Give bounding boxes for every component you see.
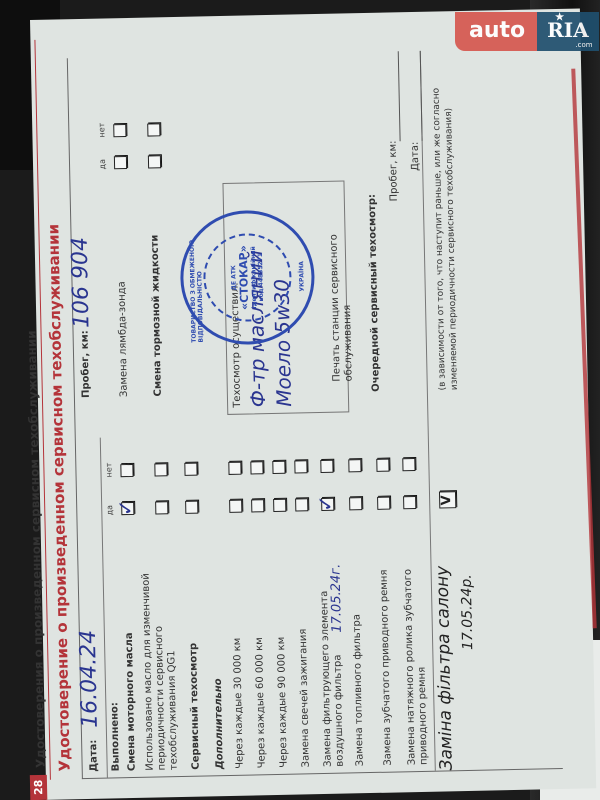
checkbox-30000-yes[interactable] (229, 500, 242, 513)
checkbox-brake-fluid-no[interactable] (147, 123, 160, 136)
checkbox-timing-belt-no[interactable] (376, 459, 389, 472)
stamp-caption: Печать станции сервисного обслуживания (327, 181, 355, 381)
item-brake-fluid: Смена тормозной жидкости (150, 234, 165, 396)
item-oil-change: Смена моторного масла (122, 531, 139, 771)
checkbox-fuel-filter-no[interactable] (348, 459, 361, 472)
watermark-domain: .com (575, 41, 592, 49)
checkbox-oil-change-no[interactable] (120, 464, 133, 477)
form-frame: Дата: 16.04.24 Пробег, км: 106 904 Выпол… (67, 48, 563, 779)
item-air-filter: Замена фильтрующего элемента воздушного … (318, 527, 347, 767)
stamp-name: «СТОКАР» (237, 245, 251, 310)
handwritten-cabin-filter: Заміна фільтра салону (433, 566, 457, 771)
next-mileage-line (398, 51, 401, 141)
checkbox-variable-oil-no[interactable] (154, 463, 167, 476)
mileage-label: Пробег, км: (80, 330, 93, 398)
item-service-inspection: Сервисный техосмотр (188, 643, 203, 770)
checkbox-brake-fluid-yes[interactable] (148, 155, 161, 168)
checkbox-fuel-filter-yes[interactable] (349, 497, 362, 510)
item-60000: Через каждые 60 000 км (254, 637, 269, 768)
checkbox-lambda-yes[interactable] (114, 156, 127, 169)
next-mileage-label: Пробег, км: (388, 140, 401, 201)
item-spark-plugs: Замена свечей зажигания (298, 629, 313, 768)
checkbox-60000-yes[interactable] (251, 499, 264, 512)
item-90000: Через каждые 90 000 км (276, 637, 291, 768)
watermark-ria: ★ RIA .com (537, 12, 599, 51)
column-no: нет (104, 463, 113, 478)
checkbox-tensioner-no[interactable] (402, 458, 415, 471)
checkbox-spark-plugs-no[interactable] (294, 460, 307, 473)
checkbox-spark-plugs-yes[interactable] (295, 498, 308, 511)
handwritten-cabin-filter-date: 17.05.24р. (459, 574, 477, 650)
stamp-top-ring: ТОВАРИСТВО З ОБМЕЖЕНОЮ ВІДПОВІДАЛЬНІСТЮ (188, 214, 205, 342)
item-tensioner: Замена натяжного ролика зубчатого привод… (402, 525, 431, 765)
watermark-auto: auto (455, 12, 537, 51)
next-date-label: Дата: (410, 142, 423, 172)
star-icon: ★ (555, 12, 564, 23)
column-no-right: нет (97, 123, 106, 138)
checkbox-air-filter-no[interactable] (320, 460, 333, 473)
checkbox-90000-yes[interactable] (273, 499, 286, 512)
checkbox-oil-change-yes[interactable] (121, 502, 134, 515)
item-timing-belt: Замена зубчатого приводного ремня (379, 569, 395, 765)
checkbox-inspection-yes[interactable] (185, 501, 198, 514)
next-service-title: Очередной сервисный техосмотр: (367, 194, 383, 392)
column-yes-right: да (98, 159, 107, 170)
item-30000: Через каждые 30 000 км (232, 638, 247, 769)
checkbox-90000-no[interactable] (272, 461, 285, 474)
checkbox-cabin-filter[interactable] (439, 491, 456, 508)
checkbox-tensioner-yes[interactable] (403, 496, 416, 509)
stamp-bottom-ring: УКРАЇНА (298, 261, 306, 292)
checkbox-lambda-no[interactable] (113, 124, 126, 137)
checkbox-variable-oil-yes[interactable] (155, 501, 168, 514)
stamp-line2: код 44835271 (257, 253, 265, 302)
checkbox-30000-no[interactable] (228, 462, 241, 475)
next-date-line (420, 51, 423, 141)
item-fuel-filter: Замена топливного фильтра (352, 614, 367, 766)
autoria-watermark: auto ★ RIA .com (455, 12, 599, 51)
checkbox-air-filter-yes[interactable] (321, 498, 334, 511)
done-label: Выполнено: (109, 702, 122, 771)
rotated-page-content: 28 Удостоверения о произведенном сервисн… (40, 29, 575, 780)
checkbox-60000-no[interactable] (250, 461, 263, 474)
date-label: Дата: (88, 739, 101, 771)
checkbox-timing-belt-yes[interactable] (377, 497, 390, 510)
item-variable-oil: Использовано масло для изменчивой период… (140, 530, 181, 771)
stamp-inner: ДЕ АТК «СТОКАР» ідентифікаційний код 448… (203, 233, 293, 323)
page-number: 28 (30, 775, 48, 800)
checkbox-inspection-no[interactable] (184, 463, 197, 476)
item-lambda: Замена лямбда-зонда (116, 281, 130, 397)
air-filter-date: 17.05.24г. (328, 564, 344, 633)
service-book-page: 28 Удостоверения о произведенном сервисн… (30, 8, 596, 799)
watermark-ria-text: RIA (547, 18, 589, 42)
date-value: 16.04.24 (76, 630, 103, 728)
section-additional: Дополнительно (213, 678, 227, 769)
mileage-value: 106 904 (68, 237, 95, 328)
next-service-note: (в зависимости от того, что наступит ран… (430, 50, 461, 390)
